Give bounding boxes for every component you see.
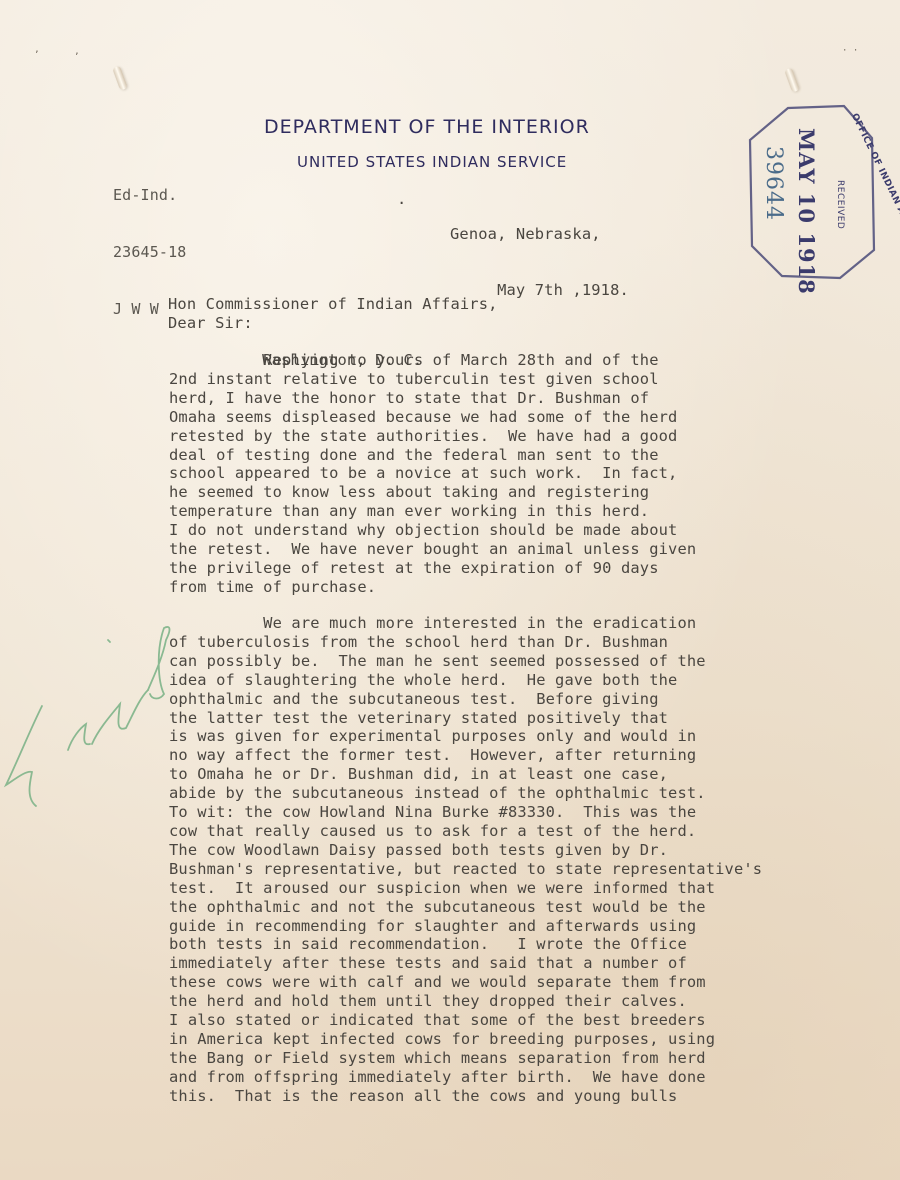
body-paragraph-2: We are much more interested in the eradi… [169, 614, 762, 1106]
handwritten-initials-icon [0, 620, 180, 820]
salutation: Dear Sir: [168, 314, 253, 333]
paper-mark: ʼ [34, 50, 39, 60]
staple-hole-left [112, 65, 128, 90]
stamp-status: RECEIVED [835, 180, 845, 229]
body-paragraph-1: Replying to yours of March 28th and of t… [169, 351, 696, 597]
staple-hole-right [784, 67, 800, 92]
paper-mark: · · [842, 46, 858, 56]
stamp-number: 39644 [761, 146, 786, 221]
paper-mark: ʼ [74, 52, 79, 62]
file-reference-line: Ed-Ind. [113, 186, 186, 205]
place-line: Genoa, Nebraska, [450, 225, 629, 244]
letterhead-department: DEPARTMENT OF THE INTERIOR [264, 116, 590, 138]
stamp-date: MAY 10 1918 [794, 128, 819, 295]
letterhead-service: UNITED STATES INDIAN SERVICE [297, 153, 567, 171]
letter-page: ʼ ʼ · · DEPARTMENT OF THE INTERIOR UNITE… [0, 0, 900, 1180]
stray-dot: . [397, 190, 406, 209]
addressee-line: Hon Commissioner of Indian Affairs, [168, 295, 498, 314]
